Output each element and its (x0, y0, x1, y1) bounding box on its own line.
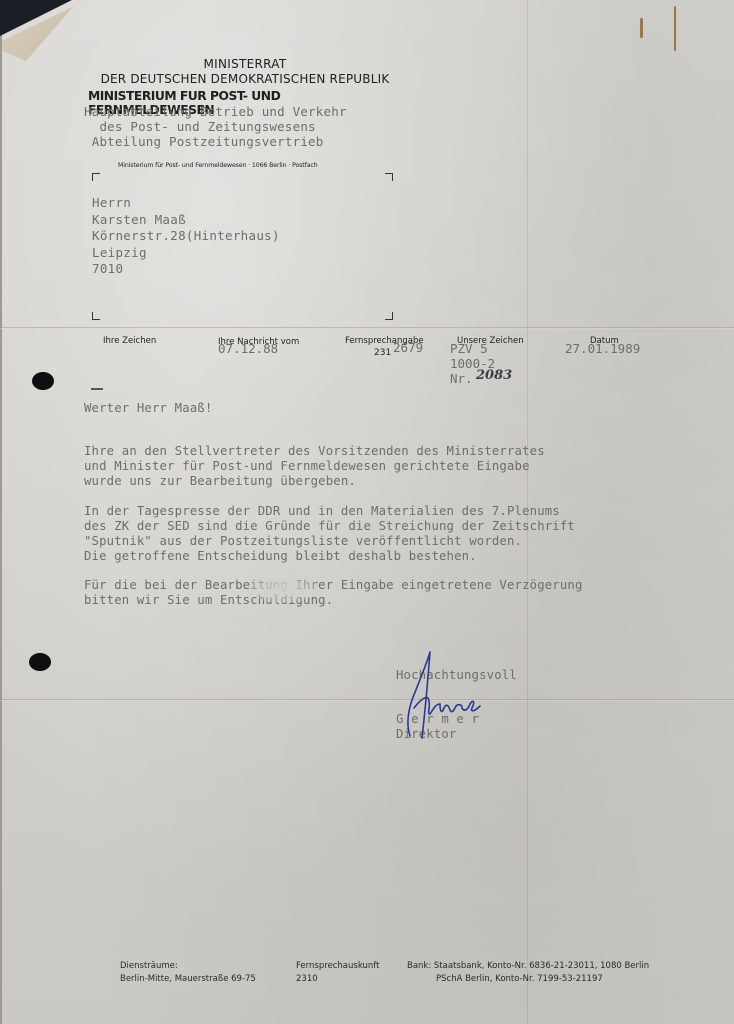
sender-return-address: Ministerium für Post- und Fernmeldewesen… (118, 162, 318, 169)
fernsprechauskunft-value: 2310 (296, 974, 318, 984)
fold-line-lower (0, 699, 734, 701)
department-line-2: des Post- und Zeitungswesens (84, 119, 316, 134)
footer-dienstraeume: Diensträume: Berlin-Mitte, Mauerstraße 6… (120, 960, 256, 986)
salutation: Werter Herr Maaß! (84, 401, 212, 416)
recipient-line: Herrn (92, 195, 131, 210)
unsere-zeichen-line-3: Nr. (450, 371, 473, 386)
ihre-zeichen-label: Ihre Zeichen (103, 336, 156, 346)
datum-label: Datum (590, 336, 619, 346)
fernsprech-label: Fernsprechangabe (345, 336, 424, 346)
punch-hole-upper (32, 372, 54, 390)
paper-smudge (248, 573, 318, 603)
address-window-mark (92, 312, 100, 320)
unsere-zeichen-handwritten-number: 2083 (476, 368, 512, 383)
recipient-line: 7010 (92, 261, 123, 276)
recipient-line: Körnerstr.28(Hinterhaus) (92, 228, 280, 243)
department-line-3: Abteilung Postzeitungsvertrieb (84, 134, 324, 149)
body-paragraph-3: Für die bei der Bearbeitung Ihrer Eingab… (84, 578, 583, 608)
footer-fernsprechauskunft: Fernsprechauskunft 2310 (296, 960, 379, 986)
address-window-mark (92, 173, 100, 181)
letterhead-ddr: DER DEUTSCHEN DEMOKRATISCHEN REPUBLIK (80, 72, 410, 86)
recipient-address: Herrn Karsten Maaß Körnerstr.28(Hinterha… (92, 195, 280, 278)
dienstraeume-label: Diensträume: (120, 961, 178, 971)
address-window-mark (385, 173, 393, 181)
department-line-1: Hauptabteilung Betrieb und Verkehr (84, 104, 347, 119)
rust-stain (640, 18, 643, 38)
ihre-nachricht-label: Ihre Nachricht vom (218, 337, 299, 347)
footer-bank-line-1: Bank: Staatsbank, Konto-Nr. 6836-21-2301… (407, 960, 649, 973)
footer-bank-line-2: PSchA Berlin, Konto-Nr. 7199-53-21197 (436, 973, 603, 986)
address-window-mark (385, 312, 393, 320)
rust-stain (674, 6, 676, 51)
unsere-zeichen-label: Unsere Zeichen (457, 336, 524, 346)
body-paragraph-1: Ihre an den Stellvertreter des Vorsitzen… (84, 444, 545, 489)
recipient-line: Leipzig (92, 245, 147, 260)
handwritten-signature (390, 648, 490, 744)
fernsprechauskunft-label: Fernsprechauskunft (296, 961, 379, 971)
margin-dash (91, 388, 103, 390)
fold-line-upper (0, 327, 734, 329)
fernsprech-prefix: 231 (374, 348, 391, 358)
recipient-line: Karsten Maaß (92, 212, 186, 227)
letterhead-ministerrat: MINISTERRAT (80, 57, 410, 71)
punch-hole-lower (29, 653, 51, 671)
body-paragraph-2: In der Tagespresse der DDR und in den Ma… (84, 504, 575, 564)
dienstraeume-value: Berlin-Mitte, Mauerstraße 69-75 (120, 974, 256, 984)
